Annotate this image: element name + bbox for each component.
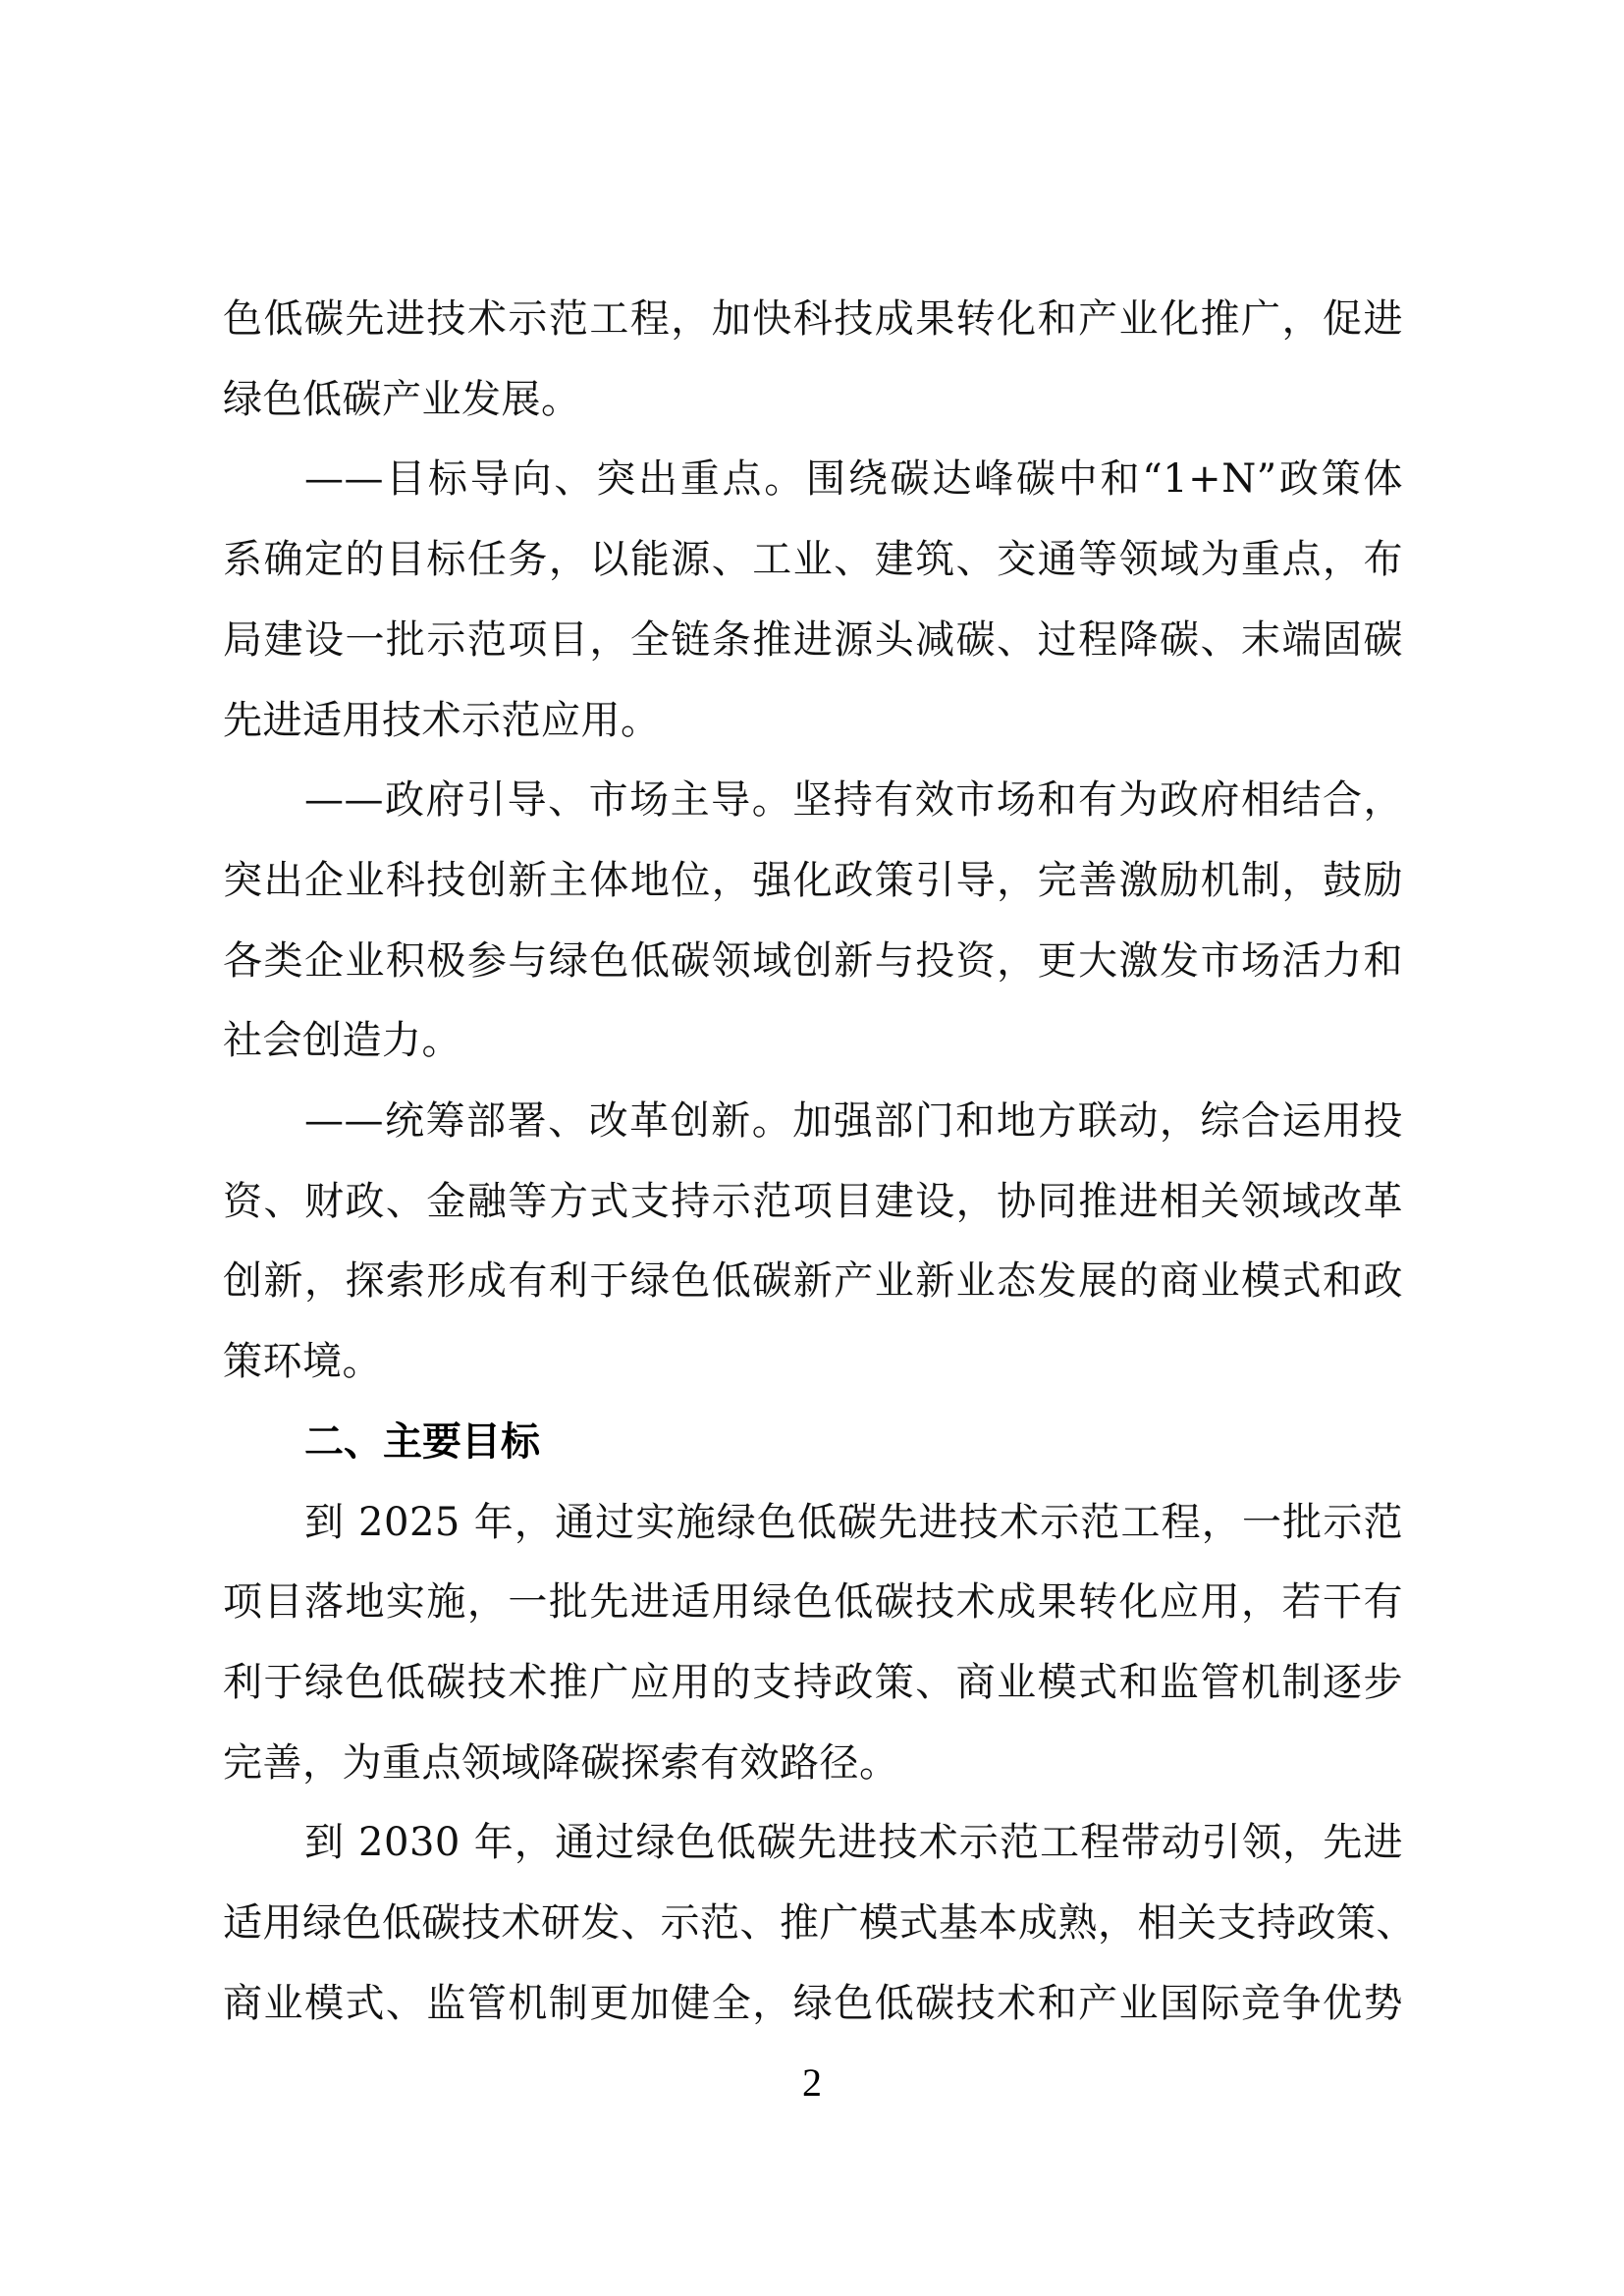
text-line: 商业模式、监管机制更加健全，绿色低碳技术和产业国际竞争优势 (223, 1964, 1403, 2045)
document-page: 色低碳先进技术示范工程，加快科技成果转化和产业化推广，促进 绿色低碳产业发展。 … (0, 0, 1624, 2296)
text-line: 先进适用技术示范应用。 (223, 681, 1403, 762)
paragraph-coordinated-deployment: ——统筹部署、改革创新。加强部门和地方联动，综合运用投 资、财政、金融等方式支持… (223, 1082, 1403, 1403)
text-line: 适用绿色低碳技术研发、示范、推广模式基本成熟，相关支持政策、 (223, 1884, 1403, 1964)
page-number: 2 (0, 2059, 1624, 2107)
paragraph-government-guidance: ——政府引导、市场主导。坚持有效市场和有为政府相结合， 突出企业科技创新主体地位… (223, 761, 1403, 1082)
text-line: ——目标导向、突出重点。围绕碳达峰碳中和“1+N”政策体 (223, 440, 1403, 520)
text-line: 项目落地实施，一批先进适用绿色低碳技术成果转化应用，若干有 (223, 1563, 1403, 1643)
text-line: 创新，探索形成有利于绿色低碳新产业新业态发展的商业模式和政 (223, 1242, 1403, 1322)
text-line: ——统筹部署、改革创新。加强部门和地方联动，综合运用投 (223, 1082, 1403, 1162)
text-line: 利于绿色低碳技术推广应用的支持政策、商业模式和监管机制逐步 (223, 1643, 1403, 1724)
text-line: 社会创造力。 (223, 1001, 1403, 1082)
text-line: 色低碳先进技术示范工程，加快科技成果转化和产业化推广，促进 (223, 280, 1403, 360)
text-line: ——政府引导、市场主导。坚持有效市场和有为政府相结合， (223, 761, 1403, 841)
section-heading: 二、主要目标 (223, 1403, 1403, 1483)
text-line: 资、财政、金融等方式支持示范项目建设，协同推进相关领域改革 (223, 1162, 1403, 1243)
text-line: 系确定的目标任务，以能源、工业、建筑、交通等领域为重点，布 (223, 520, 1403, 601)
body-text: 色低碳先进技术示范工程，加快科技成果转化和产业化推广，促进 绿色低碳产业发展。 … (223, 280, 1403, 2044)
text-line: 突出企业科技创新主体地位，强化政策引导，完善激励机制，鼓励 (223, 841, 1403, 922)
text-line: 绿色低碳产业发展。 (223, 360, 1403, 441)
paragraph-continuation: 色低碳先进技术示范工程，加快科技成果转化和产业化推广，促进 绿色低碳产业发展。 (223, 280, 1403, 440)
text-line: 完善，为重点领域降碳探索有效路径。 (223, 1724, 1403, 1804)
paragraph-goal-2025: 到 2025 年，通过实施绿色低碳先进技术示范工程，一批示范 项目落地实施，一批… (223, 1483, 1403, 1804)
text-line: 各类企业积极参与绿色低碳领域创新与投资，更大激发市场活力和 (223, 922, 1403, 1002)
paragraph-goal-2030: 到 2030 年，通过绿色低碳先进技术示范工程带动引领，先进 适用绿色低碳技术研… (223, 1803, 1403, 2044)
paragraph-goal-oriented: ——目标导向、突出重点。围绕碳达峰碳中和“1+N”政策体 系确定的目标任务，以能… (223, 440, 1403, 761)
text-line: 到 2025 年，通过实施绿色低碳先进技术示范工程，一批示范 (223, 1483, 1403, 1564)
text-line: 策环境。 (223, 1322, 1403, 1403)
text-line: 到 2030 年，通过绿色低碳先进技术示范工程带动引领，先进 (223, 1803, 1403, 1884)
text-line: 局建设一批示范项目，全链条推进源头减碳、过程降碳、末端固碳 (223, 601, 1403, 681)
